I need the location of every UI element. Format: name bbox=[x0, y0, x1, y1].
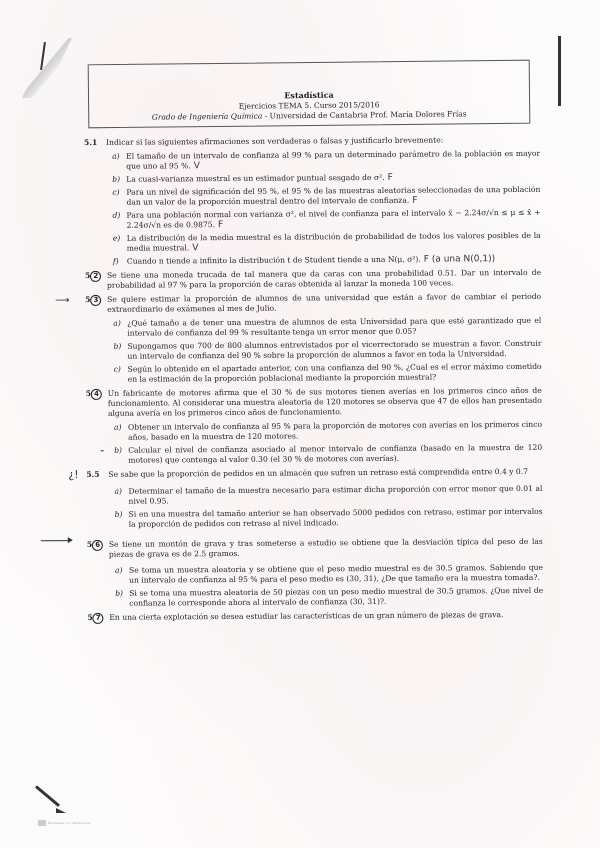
exercise-number: 53 bbox=[85, 295, 107, 315]
exercise-number: 54 bbox=[86, 389, 108, 419]
item-text: La distribución de la media muestral es … bbox=[127, 231, 541, 253]
circled-number-mark: 2 bbox=[90, 271, 101, 282]
pen-mark-bottom-left bbox=[35, 785, 60, 807]
item-text: Según lo obtenido en el apartado anterio… bbox=[128, 362, 542, 385]
item-label: a) bbox=[114, 487, 128, 507]
scanner-watermark-text: Escaneado con CamScanner bbox=[48, 821, 91, 825]
scanned-page: Estadística Ejercicios TEMA 5. Curso 201… bbox=[0, 0, 600, 848]
item-label: d) bbox=[113, 211, 127, 231]
document-header: Estadística Ejercicios TEMA 5. Curso 201… bbox=[88, 60, 531, 129]
handwritten-question-icon: ¿! bbox=[68, 470, 78, 480]
item-text: El tamaño de un intervalo de confianza a… bbox=[126, 149, 540, 171]
pen-mark-right bbox=[558, 36, 561, 106]
exercise-5-1: 5.1 Indicar si las siguientes afirmacion… bbox=[84, 135, 541, 267]
exercise-5-7: 57 En una cierta explotación se desea es… bbox=[87, 610, 543, 624]
handwritten-arrow-icon: ⟶ bbox=[55, 296, 69, 306]
exercise-item: a) ¿Qué tamaño a de tener una muestra de… bbox=[113, 316, 541, 339]
item-text: Cuando n tiende a infinito la distribuci… bbox=[127, 255, 421, 266]
handwritten-annotation: F bbox=[218, 220, 223, 230]
item-label: f) bbox=[113, 257, 127, 267]
item-label: b) bbox=[114, 446, 128, 466]
exercise-statement: Se tiene una moneda trucada de tal maner… bbox=[107, 268, 541, 291]
scanner-watermark: Escaneado con CamScanner bbox=[38, 820, 91, 826]
exercise-list: 5.1 Indicar si las siguientes afirmacion… bbox=[84, 135, 543, 628]
item-label: a) bbox=[112, 152, 126, 172]
item-text: ¿Qué tamaño a de tener una muestra de al… bbox=[127, 316, 541, 339]
exercise-item: a) Obtener un intervalo de confianza al … bbox=[114, 420, 542, 443]
exercise-5-2: 52 Se tiene una moneda trucada de tal ma… bbox=[85, 268, 541, 291]
exercise-number: 5.5 bbox=[86, 470, 108, 480]
exercise-statement: Un fabricante de motores afirma que el 3… bbox=[108, 386, 542, 419]
exercise-number: 57 bbox=[87, 613, 109, 624]
exercise-item: b) Si se toma una muestra aleatoria de 5… bbox=[115, 586, 543, 609]
exercise-statement: Se quiere estimar la proporción de alumn… bbox=[107, 292, 541, 315]
handwritten-arrow-icon bbox=[41, 540, 71, 541]
exercise-item: f) Cuando n tiende a infinito la distrib… bbox=[113, 254, 541, 267]
item-text: Supongamos que 700 de 800 alumnos entrev… bbox=[127, 339, 541, 362]
exercise-number: 5.1 bbox=[84, 138, 106, 148]
circled-number-mark: 4 bbox=[91, 389, 102, 400]
exercise-5-4: 54 Un fabricante de motores afirma que e… bbox=[86, 386, 543, 466]
exercise-number: 56 bbox=[87, 540, 109, 560]
item-label: a) bbox=[113, 319, 127, 339]
exercise-item: – b) Calcular el nivel de confianza asoc… bbox=[114, 443, 542, 466]
exercise-item: b) Supongamos que 700 de 800 alumnos ent… bbox=[113, 339, 541, 362]
exercise-item: a) Determinar el tamaño de la muestra ne… bbox=[114, 484, 542, 507]
circled-number-mark: 3 bbox=[90, 295, 101, 306]
page-corner-fold bbox=[56, 808, 66, 813]
handwritten-annotation: V bbox=[194, 161, 200, 171]
handwritten-annotation: F bbox=[388, 173, 393, 183]
item-label: e) bbox=[113, 234, 127, 254]
exercise-statement: Indicar si las siguientes afirmaciones s… bbox=[106, 135, 540, 148]
exercise-item: e) La distribución de la media muestral … bbox=[113, 231, 541, 254]
exercise-item: c) Para un nivel de significación del 95… bbox=[112, 185, 540, 208]
item-label: b) bbox=[115, 510, 129, 530]
item-text: Obtener un intervalo de confianza al 95 … bbox=[128, 420, 542, 443]
item-text: Calcular el nivel de confianza asociado … bbox=[128, 443, 542, 466]
item-text: Para una población normal con varianza σ… bbox=[127, 208, 541, 230]
item-text: Se toma un muestra aleatoria y se obtien… bbox=[129, 563, 543, 586]
exercise-item: b) La cuasi-varianza muestral es un esti… bbox=[112, 172, 540, 185]
item-label: b) bbox=[115, 589, 129, 609]
item-text: La cuasi-varianza muestral es un estimad… bbox=[126, 173, 384, 184]
circled-number-mark: 6 bbox=[92, 540, 103, 551]
item-label: b) bbox=[113, 342, 127, 362]
handwritten-annotation: F bbox=[412, 196, 417, 206]
scanner-logo-icon bbox=[38, 820, 46, 826]
handwritten-dash-mark: – bbox=[100, 446, 104, 456]
circled-number-mark: 7 bbox=[93, 613, 104, 624]
item-text: Para un nivel de significación del 95 %,… bbox=[126, 185, 540, 207]
page-edge-shadow bbox=[22, 38, 72, 98]
item-label: a) bbox=[114, 423, 128, 443]
exercise-statement: Se sabe que la proporción de pedidos en … bbox=[108, 467, 542, 480]
exercise-number: 52 bbox=[85, 271, 107, 291]
item-text: Si en una muestra del tamaño anterior se… bbox=[129, 507, 543, 530]
exercise-5-5: ¿! 5.5 Se sabe que la proporción de pedi… bbox=[86, 467, 542, 530]
exercise-item: a) El tamaño de un intervalo de confianz… bbox=[112, 149, 540, 172]
item-label: c) bbox=[112, 188, 126, 208]
handwritten-annotation: F (a una N(0,1)) bbox=[424, 254, 495, 264]
course-name: Grado de Ingeniería Química bbox=[152, 111, 263, 121]
item-label: b) bbox=[112, 175, 126, 185]
exercise-item: a) Se toma un muestra aleatoria y se obt… bbox=[115, 563, 543, 586]
item-text: Si se toma una muestra aleatoria de 50 p… bbox=[129, 586, 543, 609]
exercise-5-3: ⟶ 53 Se quiere estimar la proporción de … bbox=[85, 292, 542, 385]
item-label: a) bbox=[115, 566, 129, 586]
exercise-statement: En una cierta explotación se desea estud… bbox=[109, 610, 543, 624]
item-text: Determinar el tamaño de la muestra neces… bbox=[128, 484, 542, 507]
exercise-item: d) Para una población normal con varianz… bbox=[113, 208, 541, 231]
item-label: c) bbox=[114, 365, 128, 385]
institution-name: - Universidad de Cantabria Prof. María D… bbox=[265, 109, 467, 120]
exercise-statement: Se tiene un montón de grava y tras somet… bbox=[109, 537, 543, 560]
exercise-item: b) Si en una muestra del tamaño anterior… bbox=[115, 507, 543, 530]
exercise-item: c) Según lo obtenido en el apartado ante… bbox=[114, 362, 542, 385]
handwritten-annotation: V bbox=[192, 243, 198, 253]
exercise-5-6: 56 Se tiene un montón de grava y tras so… bbox=[87, 537, 543, 609]
